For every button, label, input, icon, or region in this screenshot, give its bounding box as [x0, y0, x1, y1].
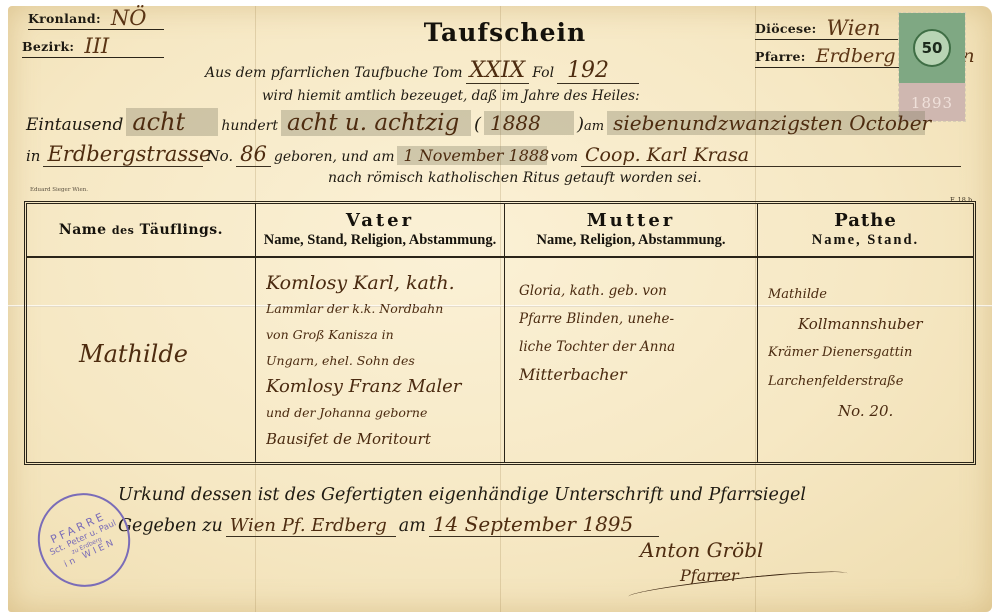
baptism-date: 1 November 1888 — [397, 146, 547, 165]
pfarre-field: Pfarre: Erdberg in Wien — [755, 46, 905, 68]
bezirk-label: Bezirk: — [22, 39, 74, 57]
kronland-value: NÖ — [111, 7, 147, 29]
certification-line: wird hiemit amtlich bezeuget, daß im Jah… — [262, 88, 640, 104]
revenue-stamp: 50 1893 — [898, 12, 966, 122]
birth-day-month: siebenundzwanzigsten October — [607, 111, 925, 135]
stamp-value: 50 — [913, 29, 951, 67]
printer-imprint: Eduard Sieger Wien. — [30, 187, 88, 193]
stamp-ornament: 50 — [899, 13, 965, 83]
bezirk-value: III — [84, 35, 109, 57]
register-fol-label: Fol — [532, 65, 554, 81]
register-tom: XXIX — [466, 58, 530, 84]
rite-line: nach römisch katholischen Ritus getauft … — [328, 170, 702, 186]
issue-date: 14 September 1895 — [429, 512, 659, 537]
baptised-by: Coop. Karl Krasa — [581, 144, 961, 167]
bezirk-field: Bezirk: III — [22, 36, 164, 58]
mother-cell: Gloria, kath. geb. von Pfarre Blinden, u… — [505, 258, 758, 462]
child-name-cell: Mathilde — [27, 258, 256, 462]
kronland-label: Kronland: — [28, 11, 101, 29]
pfarre-label: Pfarre: — [755, 49, 806, 67]
issue-place: Wien Pf. Erdberg — [226, 515, 396, 537]
dioecese-label: Diöcese: — [755, 21, 817, 39]
baptism-table: Name des Täuflings. Vater Name, Stand, R… — [24, 201, 976, 465]
birth-date-line: Eintausend acht hundert acht u. achtzig … — [26, 108, 928, 136]
attestation-line: Urkund dessen ist des Gefertigten eigenh… — [118, 485, 806, 505]
document-title: Taufschein — [420, 18, 590, 47]
register-fol: 192 — [557, 58, 639, 84]
dioecese-value: Wien — [827, 17, 881, 39]
hundreds-word: acht — [126, 108, 218, 136]
godparent-cell: Mathilde Kollmannshuber Krämer Dienersga… — [758, 258, 973, 462]
column-header-child: Name des Täuflings. — [27, 204, 256, 258]
house-number: 86 — [236, 142, 271, 167]
issue-line: Gegeben zu Wien Pf. Erdberg am 14 Septem… — [118, 512, 662, 537]
year-words: acht u. achtzig — [281, 110, 471, 136]
birthplace-line: in Erdbergstrasse No. 86 geboren, und am… — [26, 142, 964, 167]
father-cell: Komlosy Karl, kath. Lammlar der k.k. Nor… — [256, 258, 505, 462]
column-header-godparent: Pathe Name, Stand. — [758, 204, 973, 258]
birth-street: Erdbergstrasse — [43, 142, 203, 167]
child-name: Mathilde — [79, 340, 188, 368]
kronland-field: Kronland: NÖ — [28, 8, 164, 30]
dioecese-field: Diöcese: Wien — [755, 18, 905, 40]
register-prefix: Aus dem pfarrlichen Taufbuche Tom — [205, 65, 463, 81]
priest-signature: Anton Gröbl — [640, 538, 763, 562]
year-digits: 1888 — [484, 111, 574, 135]
register-line: Aus dem pfarrlichen Taufbuche Tom XXIX F… — [205, 58, 642, 84]
column-header-father: Vater Name, Stand, Religion, Abstammung. — [256, 204, 505, 258]
priest-title: Pfarrer — [680, 566, 739, 585]
column-header-mother: Mutter Name, Religion, Abstammung. — [505, 204, 758, 258]
